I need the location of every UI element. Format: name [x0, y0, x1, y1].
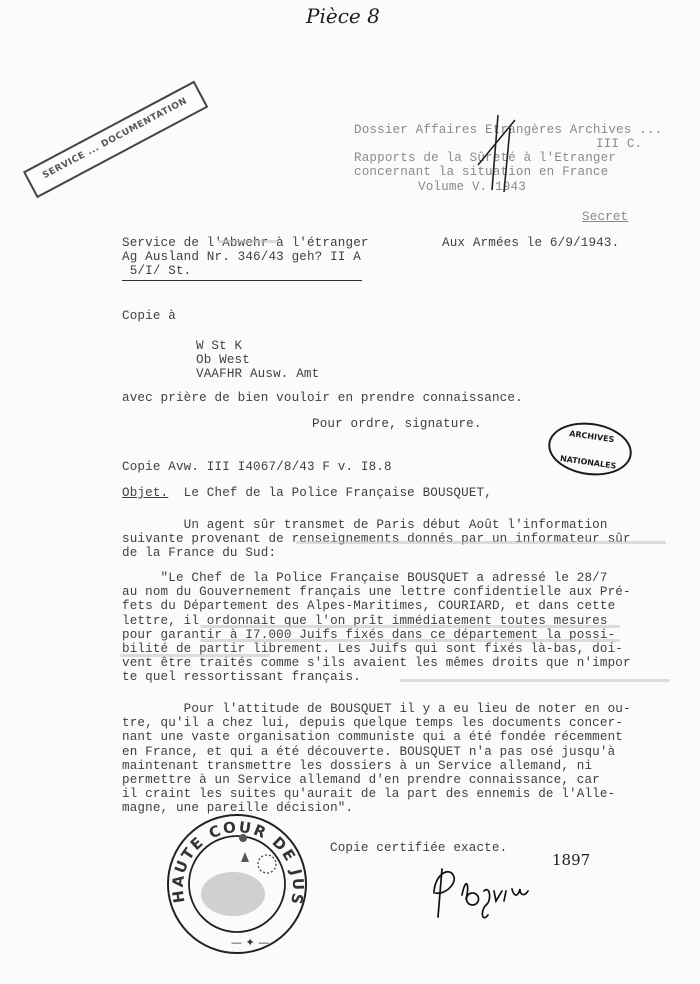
handwritten-mark-icon	[470, 110, 530, 200]
recipient-2: Ob West	[196, 353, 250, 367]
object-line: Objet. Le Chef de la Police Française BO…	[122, 486, 492, 500]
paragraph-line: "Le Chef de la Police Française BOUSQUET…	[122, 571, 608, 585]
handwritten-number: 1897	[552, 851, 590, 869]
handwritten-title: Pièce 8	[306, 4, 380, 28]
paragraph-line: fets du Département des Alpes-Maritimes,…	[122, 599, 615, 613]
paragraph-line: en France, et qui a été découverte. BOUS…	[122, 745, 615, 759]
ink-smear	[400, 679, 670, 682]
archives-stamp-top: ARCHIVES	[552, 427, 632, 447]
document-page: Pièce 8 Dossier Affaires Etrangères Arch…	[0, 0, 700, 984]
paragraph-line: vent être traités comme s'ils avaient le…	[122, 656, 631, 670]
recipient-1: W St K	[196, 339, 242, 353]
request-line: avec prière de bien vouloir en prendre c…	[122, 391, 523, 405]
paragraph-line: il craint les suites qu'aurait de la par…	[122, 787, 615, 801]
dossier-line-2: III C.	[596, 137, 642, 151]
sender-line-1: Service de l'Abwehr à l'étranger	[122, 236, 369, 250]
copies-label: Copie à	[122, 309, 176, 323]
ink-smear	[296, 541, 666, 544]
paragraph-line: maintenant transmettre les dossiers à un…	[122, 759, 592, 773]
paragraph-line: Pour l'attitude de BOUSQUET il y a eu li…	[122, 702, 631, 716]
sender-line-2: Ag Ausland Nr. 346/43 geh? II A	[122, 250, 361, 264]
ink-smear	[120, 654, 270, 657]
paragraph-line: de la France du Sud:	[122, 546, 276, 560]
paragraph-line: nant une vaste organisation communiste q…	[122, 730, 623, 744]
object-label: Objet.	[122, 486, 168, 500]
reference-line: Copie Avw. III I4067/8/43 F v. I8.8	[122, 460, 392, 474]
paragraph-line: permettre à un Service allemand d'en pre…	[122, 773, 600, 787]
recipient-3: VAAFHR Ausw. Amt	[196, 367, 319, 381]
sender-line-3: 5/I/ St.	[122, 264, 191, 278]
order-signature: Pour ordre, signature.	[312, 417, 482, 431]
haute-cour-seal-icon: HAUTE COUR DE JUSTICE — ✦ —	[165, 812, 310, 957]
certification-line: Copie certifiée exacte.	[330, 841, 507, 855]
object-text: Le Chef de la Police Française BOUSQUET,	[168, 486, 492, 500]
paragraph-line: tre, qu'il a chez lui, depuis quelque te…	[122, 716, 623, 730]
archives-nationales-stamp: ARCHIVES NATIONALES	[545, 417, 635, 480]
paragraph-line: au nom du Gouvernement français une lett…	[122, 585, 631, 599]
ink-smear	[218, 240, 278, 243]
paragraph-line: Un agent sûr transmet de Paris début Aoû…	[122, 518, 608, 532]
ink-smear	[200, 625, 620, 628]
ink-smear	[200, 639, 620, 642]
archives-stamp-bottom: NATIONALES	[548, 452, 628, 472]
svg-text:— ✦ —: — ✦ —	[231, 936, 269, 949]
classification-label: Secret	[582, 210, 628, 224]
paragraph-line: te quel ressortissant français.	[122, 670, 361, 684]
signature-icon	[420, 855, 540, 925]
paragraph-line: suivante provenant de renseignements don…	[122, 532, 631, 546]
place-date: Aux Armées le 6/9/1943.	[442, 236, 619, 250]
service-documentation-stamp: SERVICE ... DOCUMENTATION	[23, 81, 208, 199]
sender-underline	[122, 280, 362, 281]
